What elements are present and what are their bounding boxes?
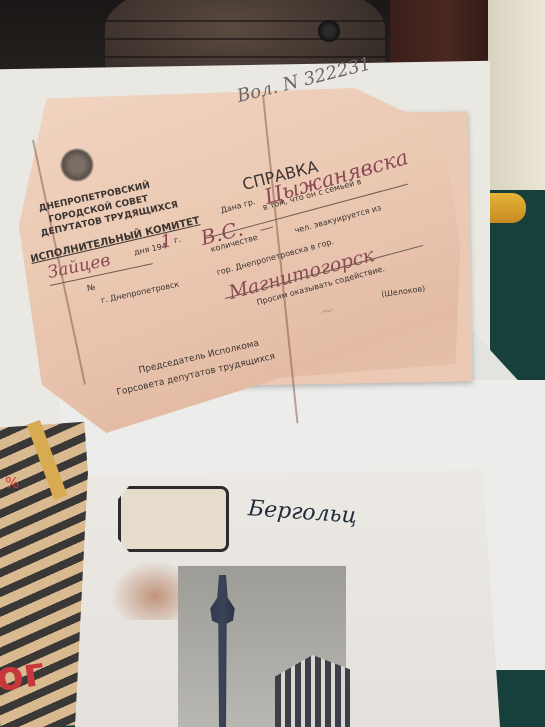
cert-line-1: Дана гр.: [220, 197, 257, 215]
card-red-mark: %: [5, 474, 19, 492]
ussr-coat-of-arms-icon: [60, 148, 94, 182]
cert-line-3-suffix: чел. эвакуируется из: [294, 203, 383, 235]
pencil-number: Вол. N 322231: [235, 53, 373, 107]
card-red-text: ог: [0, 649, 47, 701]
signature-name: (Шелоков): [381, 284, 426, 299]
number-mark: №: [86, 282, 96, 293]
booklet-label: [118, 486, 229, 552]
people-count-handwritten: —: [258, 219, 276, 238]
city-line: г. Днепропетровск: [100, 280, 180, 305]
year-suffix: г.: [173, 235, 181, 245]
signature-scribble: ~: [318, 299, 337, 323]
